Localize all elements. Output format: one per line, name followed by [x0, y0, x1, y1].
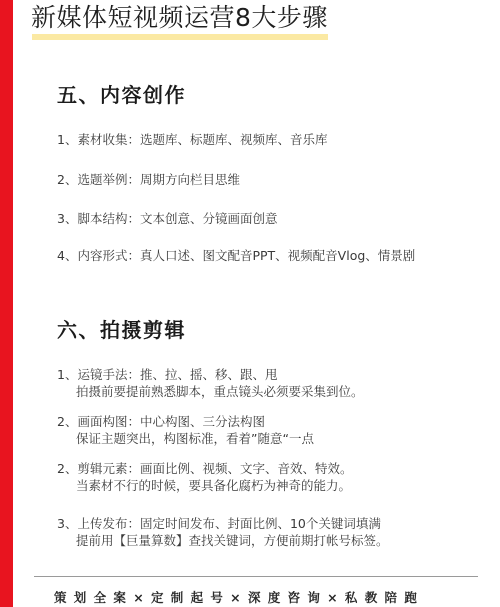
list-item: 2、画面构图：中心构图、三分法构图 保证主题突出，构图标准，看着”随意“一点	[57, 413, 314, 447]
item-subline: 提前用【巨量算数】查找关键词，方便前期打帐号标签。	[57, 532, 389, 549]
list-item: 1、运镜手法：推、拉、摇、移、跟、甩 拍摄前要提前熟悉脚本，重点镜头必须要采集到…	[57, 366, 364, 400]
list-item: 4、内容形式：真人口述、图文配音PPT、视频配音Vlog、情景剧	[57, 247, 415, 264]
page-title: 新媒体短视频运营8大步骤	[31, 3, 328, 33]
title-block: 新媒体短视频运营8大步骤	[31, 3, 328, 33]
item-line: 3、上传发布：固定时间发布、封面比例、10个关键词填满	[57, 516, 381, 531]
item-line: 2、画面构图：中心构图、三分法构图	[57, 414, 265, 429]
item-subline: 拍摄前要提前熟悉脚本，重点镜头必须要采集到位。	[57, 383, 364, 400]
accent-bar	[0, 0, 13, 607]
section-heading-shooting-editing: 六、拍摄剪辑	[57, 314, 186, 343]
list-item: 1、素材收集：选题库、标题库、视频库、音乐库	[57, 131, 327, 148]
item-subline: 当素材不行的时候，要具备化腐朽为神奇的能力。	[57, 477, 352, 494]
item-line: 2、选题举例：周期方向栏目思维	[57, 172, 240, 187]
item-line: 3、脚本结构：文本创意、分镜画面创意	[57, 211, 277, 226]
list-item: 3、上传发布：固定时间发布、封面比例、10个关键词填满 提前用【巨量算数】查找关…	[57, 515, 389, 549]
section-heading-content-creation: 五、内容创作	[57, 79, 186, 108]
list-item: 2、选题举例：周期方向栏目思维	[57, 171, 240, 188]
list-item: 3、脚本结构：文本创意、分镜画面创意	[57, 210, 277, 227]
footer-divider	[34, 576, 478, 577]
title-highlight-underline	[32, 34, 328, 40]
item-line: 2、剪辑元素：画面比例、视频、文字、音效、特效。	[57, 461, 352, 476]
item-line: 1、素材收集：选题库、标题库、视频库、音乐库	[57, 132, 327, 147]
item-line: 4、内容形式：真人口述、图文配音PPT、视频配音Vlog、情景剧	[57, 248, 415, 263]
item-subline: 保证主题突出，构图标准，看着”随意“一点	[57, 430, 314, 447]
item-line: 1、运镜手法：推、拉、摇、移、跟、甩	[57, 367, 277, 382]
list-item: 2、剪辑元素：画面比例、视频、文字、音效、特效。 当素材不行的时候，要具备化腐朽…	[57, 460, 352, 494]
footer-services: 策划全案×定制起号×深度咨询×私教陪跑	[54, 588, 424, 606]
